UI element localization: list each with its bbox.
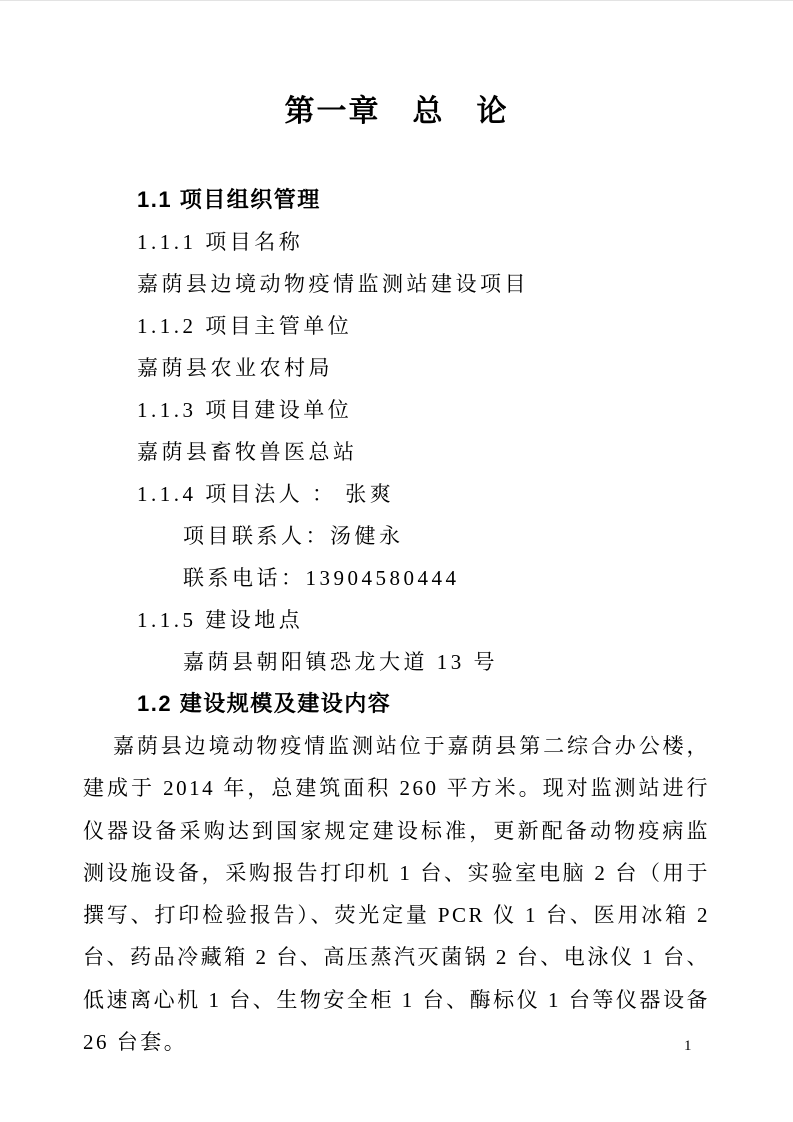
section-1-2-paragraph: 嘉荫县边境动物疫情监测站位于嘉荫县第二综合办公楼，建成于 2014 年，总建筑面… (83, 725, 710, 1063)
competent-unit-text: 嘉荫县农业农村局 (137, 347, 710, 389)
subsection-heading-1-1-1: 1.1.1 项目名称 (137, 221, 710, 263)
project-contact-text: 项目联系人：汤健永 (183, 515, 710, 557)
document-page: 第一章 总 论 1.1 项目组织管理 1.1.1 项目名称 嘉荫县边境动物疫情监… (0, 0, 793, 1122)
subsection-heading-1-1-4: 1.1.4 项目法人 ： 张爽 (137, 473, 710, 515)
section-heading-1-2: 1.2 建设规模及建设内容 (137, 683, 710, 725)
subsection-heading-1-1-5: 1.1.5 建设地点 (137, 599, 710, 641)
chapter-title: 第一章 总 论 (83, 90, 710, 134)
subsection-heading-1-1-3: 1.1.3 项目建设单位 (137, 389, 710, 431)
project-name-text: 嘉荫县边境动物疫情监测站建设项目 (137, 263, 710, 305)
section-heading-1-1: 1.1 项目组织管理 (137, 179, 710, 221)
page-number: 1 (684, 1037, 692, 1055)
subsection-heading-1-1-2: 1.1.2 项目主管单位 (137, 305, 710, 347)
contact-phone-text: 联系电话：13904580444 (183, 557, 710, 599)
construction-address-text: 嘉荫县朝阳镇恐龙大道 13 号 (183, 641, 710, 683)
construction-unit-text: 嘉荫县畜牧兽医总站 (137, 431, 710, 473)
